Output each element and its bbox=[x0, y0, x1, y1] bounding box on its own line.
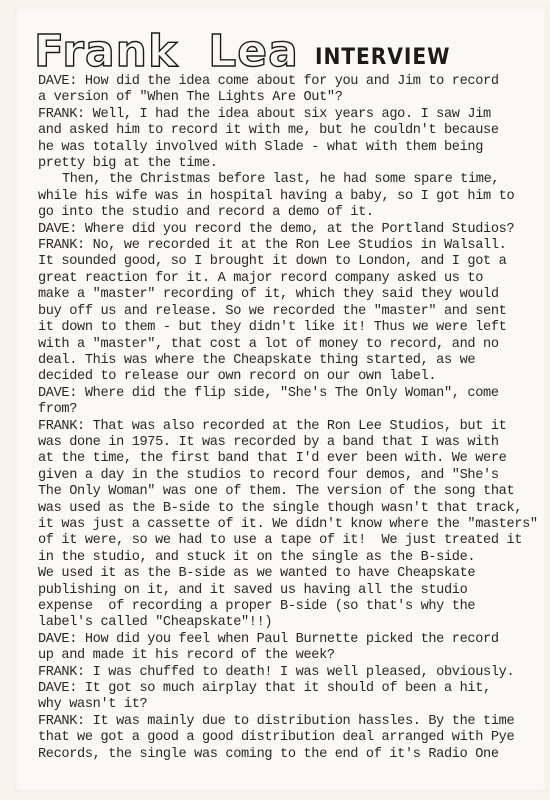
text-line: it down to them - but they didn't like i… bbox=[38, 320, 550, 336]
text-line: DAVE: How did the idea come about for yo… bbox=[38, 74, 550, 90]
text-line: label's called "Cheapskate"!!) bbox=[38, 615, 550, 631]
text-line: DAVE: It got so much airplay that it sho… bbox=[38, 681, 550, 697]
text-line: DAVE: How did you feel when Paul Burnett… bbox=[38, 632, 550, 648]
text-line: why wasn't it? bbox=[38, 697, 550, 713]
article-header: Frank Lea INTERVIEW bbox=[34, 30, 462, 72]
text-line: FRANK: No, we recorded it at the Ron Lee… bbox=[38, 238, 550, 254]
text-line: was done in 1975. It was recorded by a b… bbox=[38, 435, 550, 451]
text-line: It sounded good, so I brought it down to… bbox=[38, 254, 550, 270]
text-line: he was totally involved with Slade - wha… bbox=[38, 140, 550, 156]
text-line: with a "master", that cost a lot of mone… bbox=[38, 337, 550, 353]
title-last-name: Lea bbox=[208, 32, 299, 72]
text-line: that we got a good a good distribution d… bbox=[38, 730, 550, 746]
text-line: FRANK: It was mainly due to distribution… bbox=[38, 714, 550, 730]
text-line: FRANK: That was also recorded at the Ron… bbox=[38, 419, 550, 435]
text-line: up and made it his record of the week? bbox=[38, 648, 550, 664]
text-line: publishing on it, and it saved us having… bbox=[38, 583, 550, 599]
text-line: of it were, so we had to use a tape of i… bbox=[38, 533, 550, 549]
text-line: FRANK: I was chuffed to death! I was wel… bbox=[38, 665, 550, 681]
title-first-name-text: Frank bbox=[34, 26, 178, 77]
text-line: DAVE: Where did you record the demo, at … bbox=[38, 222, 550, 238]
text-line: given a day in the studios to record fou… bbox=[38, 468, 550, 484]
text-line: was used as the B-side to the single tho… bbox=[38, 501, 550, 517]
text-line: decided to release our own record on our… bbox=[38, 369, 550, 385]
text-line: Records, the single was coming to the en… bbox=[38, 747, 550, 763]
text-line: expense of recording a proper B-side (so… bbox=[38, 599, 550, 615]
text-line: We used it as the B-side as we wanted to… bbox=[38, 566, 550, 582]
text-line: make a "master" recording of it, which t… bbox=[38, 287, 550, 303]
text-line: Then, the Christmas before last, he had … bbox=[38, 172, 550, 188]
text-line: pretty big at the time. bbox=[38, 156, 550, 172]
text-line: and asked him to record it with me, but … bbox=[38, 123, 550, 139]
title-last-name-text: Lea bbox=[208, 26, 299, 77]
text-line: FRANK: Well, I had the idea about six ye… bbox=[38, 107, 550, 123]
text-line: while his wife was in hospital having a … bbox=[38, 189, 550, 205]
text-line: great reaction for it. A major record co… bbox=[38, 271, 550, 287]
text-line: a version of "When The Lights Are Out"? bbox=[38, 90, 550, 106]
interview-body: DAVE: How did the idea come about for yo… bbox=[38, 74, 550, 763]
text-line: buy off us and release. So we recorded t… bbox=[38, 304, 550, 320]
text-line: at the time, the first band that I'd eve… bbox=[38, 451, 550, 467]
text-line: in the studio, and stuck it on the singl… bbox=[38, 550, 550, 566]
text-line: from? bbox=[38, 402, 550, 418]
text-line: The Only Woman" was one of them. The ver… bbox=[38, 484, 550, 500]
text-line: DAVE: Where did the flip side, "She's Th… bbox=[38, 386, 550, 402]
text-line: it was just a cassette of it. We didn't … bbox=[38, 517, 550, 533]
article-subtitle: INTERVIEW bbox=[315, 47, 450, 69]
title-first-name: Frank bbox=[34, 32, 178, 72]
text-line: go into the studio and record a demo of … bbox=[38, 205, 550, 221]
text-line: deal. This was where the Cheapskate thin… bbox=[38, 353, 550, 369]
